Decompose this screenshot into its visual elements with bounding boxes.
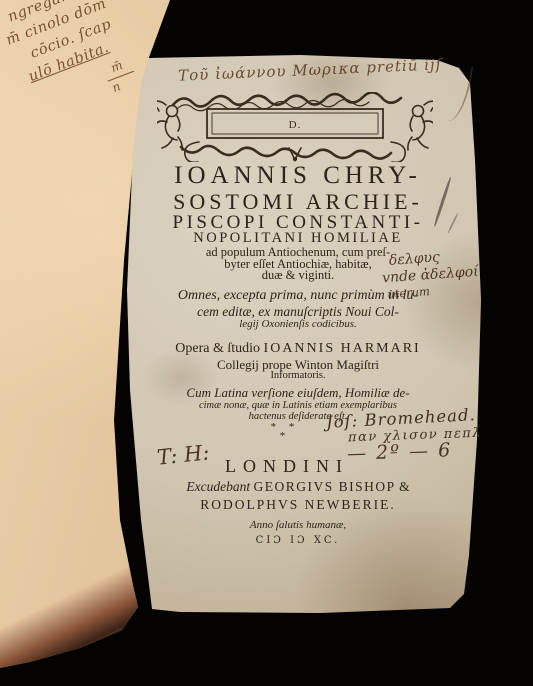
handwritten-price: — 2º — 6 <box>347 439 453 465</box>
editor-name: IOANNIS HARMARI <box>264 341 421 356</box>
putto-figure <box>157 101 182 150</box>
ampersand: & <box>399 479 410 494</box>
imprint-printers-line-1: Excudebant GEORGIVS BISHOP & <box>139 479 457 495</box>
anno-salutis-line: Anno ſalutis humanæ, <box>139 519 457 531</box>
excudebant-word: Excudebant <box>186 479 250 494</box>
edition-note-line-3: legij Oxonienſis codicibus. <box>139 318 457 330</box>
headpiece-ornament: D. <box>157 92 433 162</box>
latin-note-line-1: Cum Latina verſione eiuſdem, Homiliæ de- <box>139 385 457 401</box>
editor-intro: Opera & ſtudio <box>175 341 260 356</box>
roman-numeral-date: CIƆ IƆ XC. <box>139 535 457 546</box>
editor-line-1: Opera & ſtudio IOANNIS HARMARI <box>139 341 457 357</box>
printer-1-name: GEORGIVS BISHOP <box>254 479 396 494</box>
cartouche-letter: D. <box>289 119 302 131</box>
imprint-printers-line-2: RODOLPHVS NEWBERIE. <box>139 497 457 513</box>
strapwork-top <box>173 92 401 106</box>
editor-line-3: Informatoris. <box>139 370 457 381</box>
putto-figure-right <box>408 101 433 150</box>
margin-gloss: δελφυς vnde ἀδελφοί uterum <box>380 247 480 302</box>
pendant-drop <box>293 157 297 161</box>
book-photo-stage: ſimul hōminē ngregardi quaſ m̄ cinolo dō… <box>0 0 533 686</box>
title-line-1: IOANNIS CHRY- <box>139 162 457 190</box>
corner-scroll-right <box>391 142 405 162</box>
strapwork-bottom <box>181 146 391 159</box>
